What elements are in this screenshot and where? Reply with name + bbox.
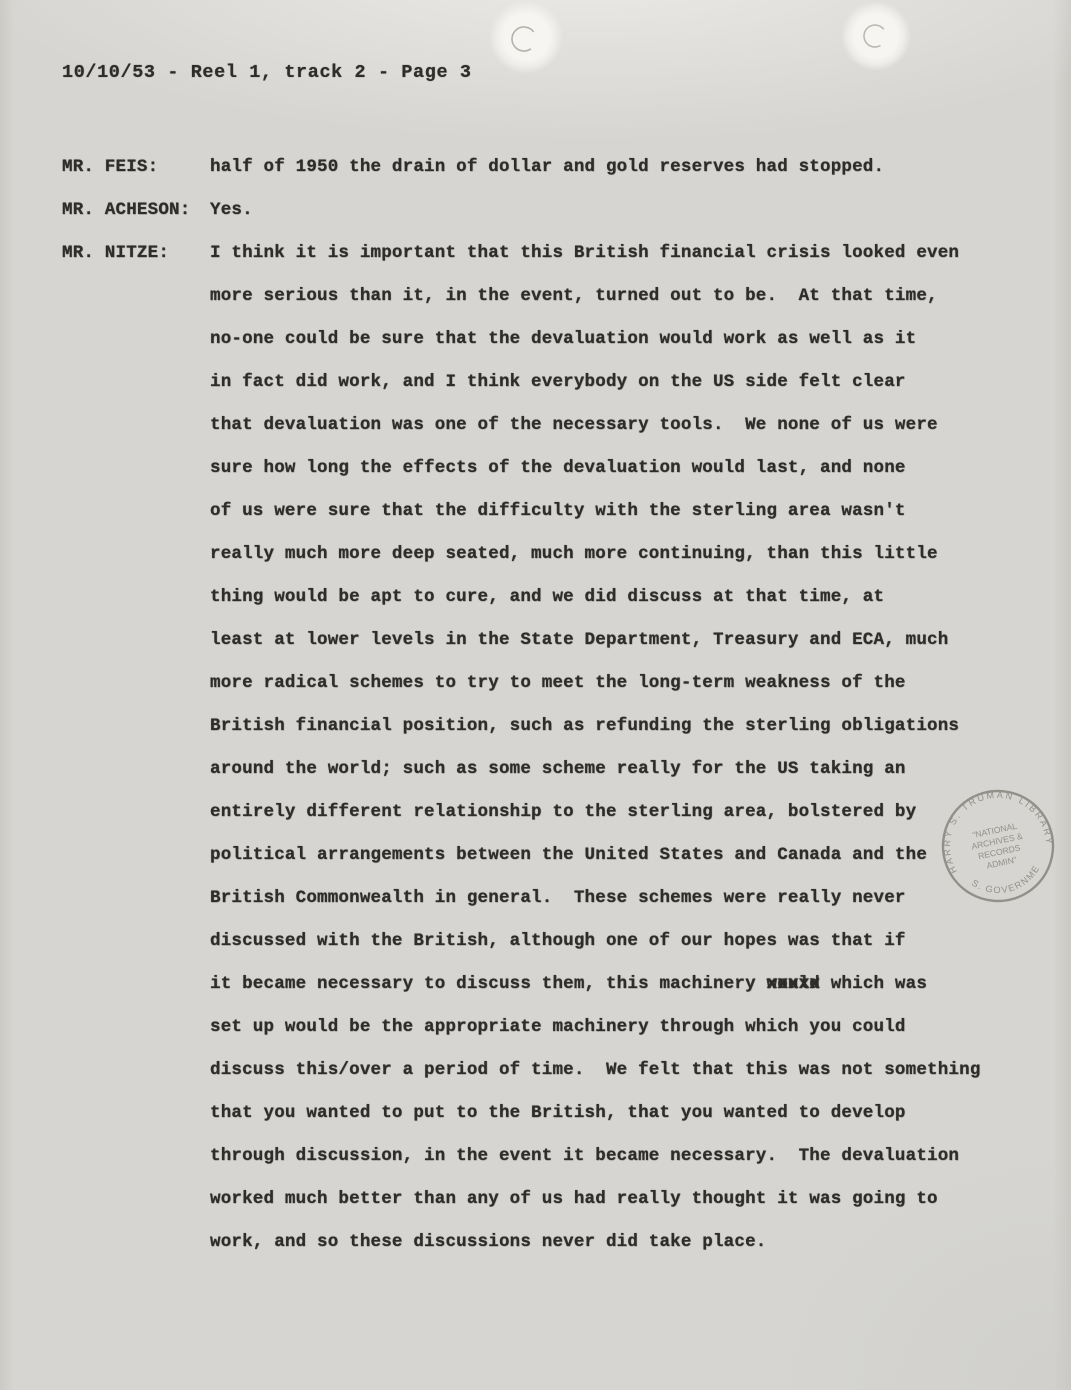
dialogue-row-nitze: MR. NITZE: I think it is important that … (62, 232, 1032, 1264)
typed-line: set up would be the appropriate machiner… (210, 1006, 1032, 1049)
typed-line: discuss this/over a period of time. We f… (210, 1049, 1032, 1092)
typed-line: entirely different relationship to the s… (210, 791, 1032, 834)
speaker-label-feis: MR. FEIS: (62, 146, 210, 189)
typed-line: sure how long the effects of the devalua… (210, 447, 1032, 490)
typed-line: worked much better than any of us had re… (210, 1178, 1032, 1221)
typed-line: that devaluation was one of the necessar… (210, 404, 1032, 447)
overstruck-word: wouldxxxxx (767, 963, 821, 1006)
strike-line-after: which was (820, 974, 927, 994)
typed-line: British financial position, such as refu… (210, 705, 1032, 748)
transcript: MR. FEIS: half of 1950 the drain of doll… (62, 146, 1032, 1264)
page-header: 10/10/53 - Reel 1, track 2 - Page 3 (62, 62, 472, 83)
typed-line: more serious than it, in the event, turn… (210, 275, 1032, 318)
dialogue-lines-acheson: Yes. (210, 189, 1032, 232)
punch-hole-left (489, 0, 563, 74)
overstrike-xxx: xxxxx (767, 963, 821, 1006)
typed-line: least at lower levels in the State Depar… (210, 619, 1032, 662)
strike-line-before: it became necessary to discuss them, thi… (210, 974, 767, 994)
punch-hole-chad-mark (841, 1, 911, 71)
scanned-transcript-page: 10/10/53 - Reel 1, track 2 - Page 3 MR. … (0, 0, 1071, 1390)
typed-line: I think it is important that this Britis… (210, 232, 1032, 275)
nitze-lines-part1: I think it is important that this Britis… (210, 232, 1032, 963)
typed-line: in fact did work, and I think everybody … (210, 361, 1032, 404)
typed-line: political arrangements between the Unite… (210, 834, 1032, 877)
typed-line: that you wanted to put to the British, t… (210, 1092, 1032, 1135)
dialogue-row-acheson: MR. ACHESON: Yes. (62, 189, 1032, 232)
speaker-label-nitze: MR. NITZE: (62, 232, 210, 275)
typed-line: discussed with the British, although one… (210, 920, 1032, 963)
punch-hole-chad-mark (489, 0, 563, 74)
typed-line: British Commonwealth in general. These s… (210, 877, 1032, 920)
truman-library-stamp: HARRY S. TRUMAN LIBRARY U.S. GOVERNMENT … (922, 768, 1071, 924)
typed-line: Yes. (210, 189, 1032, 232)
typed-line: half of 1950 the drain of dollar and gol… (210, 146, 1032, 189)
typed-line: around the world; such as some scheme re… (210, 748, 1032, 791)
typed-line: no-one could be sure that the devaluatio… (210, 318, 1032, 361)
typed-line: thing would be apt to cure, and we did d… (210, 576, 1032, 619)
speaker-label-acheson: MR. ACHESON: (62, 189, 210, 232)
typed-line: through discussion, in the event it beca… (210, 1135, 1032, 1178)
typed-line: really much more deep seated, much more … (210, 533, 1032, 576)
dialogue-lines-nitze: I think it is important that this Britis… (210, 232, 1032, 1264)
typed-line: work, and so these discussions never did… (210, 1221, 1032, 1264)
nitze-lines-part2: set up would be the appropriate machiner… (210, 1006, 1032, 1264)
typed-line: more radical schemes to try to meet the … (210, 662, 1032, 705)
dialogue-lines-feis: half of 1950 the drain of dollar and gol… (210, 146, 1032, 189)
typed-line-with-strikeout: it became necessary to discuss them, thi… (210, 963, 1032, 1006)
punch-hole-right (841, 1, 911, 71)
dialogue-row-feis: MR. FEIS: half of 1950 the drain of doll… (62, 146, 1032, 189)
typed-line: of us were sure that the difficulty with… (210, 490, 1032, 533)
